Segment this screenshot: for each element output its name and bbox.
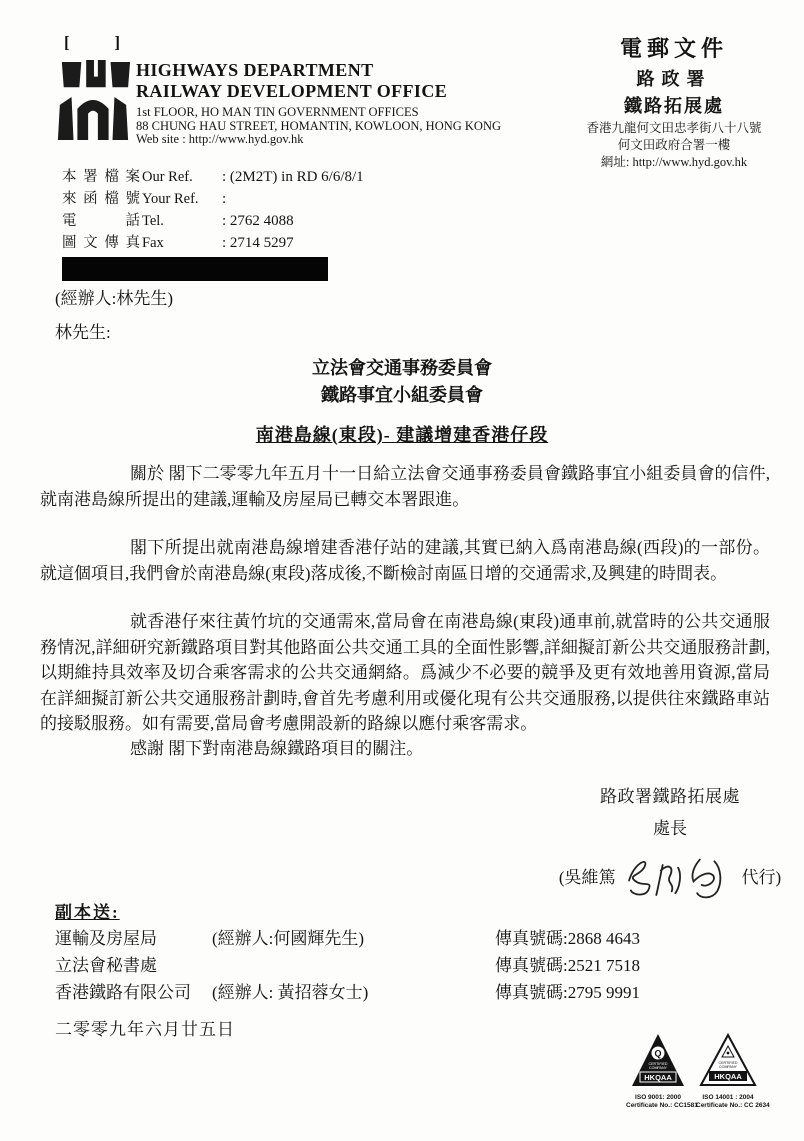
cc-heading: 副本送: — [55, 898, 120, 923]
address-line1-en: 1st FLOOR, HO MAN TIN GOVERNMENT OFFICES — [136, 106, 501, 120]
ref-label-cn: 本署檔案 — [62, 165, 140, 186]
address-line1-cn: 香港九龍何文田忠孝街八十八號 — [553, 121, 795, 135]
highways-department-logo-icon — [54, 58, 132, 140]
classification-bracket: [ ] — [64, 33, 120, 53]
handwritten-signature-icon — [620, 847, 738, 903]
ref-label-en: Our Ref. — [140, 169, 210, 186]
address-line2-cn: 何文田政府合署一樓 — [553, 138, 795, 152]
committee-title-line1: 立法會交通事務委員會 — [0, 354, 804, 380]
bracket-close: ] — [114, 33, 120, 53]
website-cn: 網址: http://www.hyd.gov.hk — [553, 155, 795, 169]
cc-row-legco-secretariat: 立法會秘書處 傳真號碼:2521 7518 — [55, 951, 775, 978]
ref-label-cn: 來函檔號 — [62, 187, 140, 208]
ref-row-your-ref: 來函檔號 Your Ref. : — [62, 187, 364, 209]
svg-text:HKQAA: HKQAA — [644, 1073, 672, 1082]
cc-fax: 傳真號碼:2868 4643 — [495, 924, 745, 951]
ref-row-tel: 電 話 Tel. : 2762 4088 — [62, 209, 364, 231]
hkqaa-iso14001-cert: CERTIFIED COMPANY HKQAA ISO 14001 : 2004… — [696, 1032, 760, 1109]
office-name-cn: 鐵路拓展處 — [553, 92, 795, 118]
committee-title-line2: 鐵路事宜小組委員會 — [0, 381, 804, 407]
svg-text:COMPANY: COMPANY — [649, 1066, 668, 1070]
ref-value: : 2762 4088 — [210, 213, 294, 230]
cc-row-mtr-corp: 香港鐵路有限公司 (經辦人: 黃招蓉女士) 傳真號碼:2795 9991 — [55, 978, 775, 1005]
scanned-letter-page: [ ] HIGHWAYS DEPARTMENT RAILWAY DEVELOPM… — [0, 0, 804, 1141]
hkqaa-iso9001-cert: Q CERTIFIED COMPANY HKQAA ISO 9001: 2000… — [626, 1032, 690, 1109]
cert-caption-number: Certificate No.: CC 2634 — [696, 1102, 760, 1110]
hkqaa-iso9001-triangle-icon: Q CERTIFIED COMPANY HKQAA — [626, 1032, 690, 1090]
salutation: 林先生: — [55, 318, 111, 343]
letterhead-chinese: 電郵文件 路政署 鐵路拓展處 香港九龍何文田忠孝街八十八號 何文田政府合署一樓 … — [553, 32, 795, 169]
ref-label-cn: 圖文傳真 — [62, 231, 140, 252]
recipient-attention-line: (經辦人:林先生) — [55, 284, 173, 309]
svg-text:COMPANY: COMPANY — [719, 1065, 738, 1069]
cc-fax: 傳真號碼:2521 7518 — [495, 951, 745, 978]
cc-org: 立法會秘書處 — [55, 951, 212, 978]
cc-row-transport-bureau: 運輸及房屋局 (經辦人:何國輝先生) 傳真號碼:2868 4643 — [55, 924, 775, 951]
doc-type-label: 電郵文件 — [553, 32, 795, 63]
cc-fax: 傳真號碼:2795 9991 — [495, 978, 745, 1005]
ref-label-en: Fax — [140, 235, 210, 252]
body-paragraph-2: 閣下所提出就南港島線增建香港仔站的建議,其實已納入爲南港島線(西段)的一部份。就… — [40, 535, 770, 586]
closing-paragraph: 感謝 閣下對南港島線鐵路項目的關注。 — [40, 736, 770, 762]
address-line2-en: 88 CHUNG HAU STREET, HOMANTIN, KOWLOON, … — [136, 120, 501, 134]
body-paragraph-3: 就香港仔來往黃竹坑的交通需來,當局會在南港島線(東段)通車前,就當時的公共交通服… — [40, 609, 770, 737]
body-paragraph-1: 關於 閣下二零零九年五月十一日給立法會交通事務委員會鐵路事宜小組委員會的信件,就… — [40, 461, 770, 512]
letterhead-english: HIGHWAYS DEPARTMENT RAILWAY DEVELOPMENT … — [136, 61, 501, 147]
cc-org: 運輸及房屋局 — [55, 924, 212, 951]
ref-label-en: Your Ref. — [140, 191, 210, 208]
ref-row-our-ref: 本署檔案 Our Ref. : (2M2T) in RD 6/6/8/1 — [62, 165, 364, 187]
ref-label-cn: 電 話 — [62, 209, 140, 230]
letter-date: 二零零九年六月廿五日 — [55, 1015, 235, 1040]
bracket-open: [ — [64, 33, 70, 53]
cc-attn: (經辦人:何國輝先生) — [212, 924, 495, 951]
signature-post-text: 代行) — [742, 863, 782, 888]
ref-value: : — [210, 191, 226, 208]
cc-attn: (經辦人: 黃招蓉女士) — [212, 978, 495, 1005]
certification-marks: Q CERTIFIED COMPANY HKQAA ISO 9001: 2000… — [626, 1032, 760, 1109]
office-name-en: RAILWAY DEVELOPMENT OFFICE — [136, 82, 501, 100]
signature-org: 路政署鐵路拓展處 — [545, 782, 795, 807]
ref-label-en: Tel. — [140, 213, 210, 230]
subject-line: 南港島線(東段)- 建議增建香港仔段 — [256, 425, 548, 445]
subject-line-wrap: 南港島線(東段)- 建議增建香港仔段 — [0, 421, 804, 447]
svg-text:HKQAA: HKQAA — [714, 1072, 742, 1081]
signature-title: 處長 — [545, 814, 795, 839]
cert-caption-iso: ISO 9001: 2000 — [626, 1094, 690, 1102]
redacted-address-bar — [62, 257, 328, 281]
ref-row-fax: 圖文傳真 Fax : 2714 5297 — [62, 231, 364, 253]
cert-caption-iso: ISO 14001 : 2004 — [696, 1094, 760, 1102]
svg-text:Q: Q — [654, 1049, 661, 1059]
ref-value: : 2714 5297 — [210, 235, 294, 252]
hkqaa-iso14001-triangle-icon: CERTIFIED COMPANY HKQAA — [696, 1032, 760, 1090]
department-name-en: HIGHWAYS DEPARTMENT — [136, 61, 501, 79]
department-name-cn: 路政署 — [553, 65, 795, 91]
cc-attn — [212, 951, 495, 978]
ref-value: : (2M2T) in RD 6/6/8/1 — [210, 169, 364, 186]
reference-block: 本署檔案 Our Ref. : (2M2T) in RD 6/6/8/1 來函檔… — [62, 165, 364, 253]
signature-block: 路政署鐵路拓展處 處長 (吳維篤 代行) — [545, 782, 795, 903]
website-en: Web site : http://www.hyd.gov.hk — [136, 133, 501, 147]
cert-caption-number: Certificate No.: CC1581 — [626, 1102, 690, 1110]
signature-line: (吳維篤 代行) — [545, 847, 795, 903]
cc-org: 香港鐵路有限公司 — [55, 978, 212, 1005]
signature-pre-text: (吳維篤 — [559, 863, 616, 888]
